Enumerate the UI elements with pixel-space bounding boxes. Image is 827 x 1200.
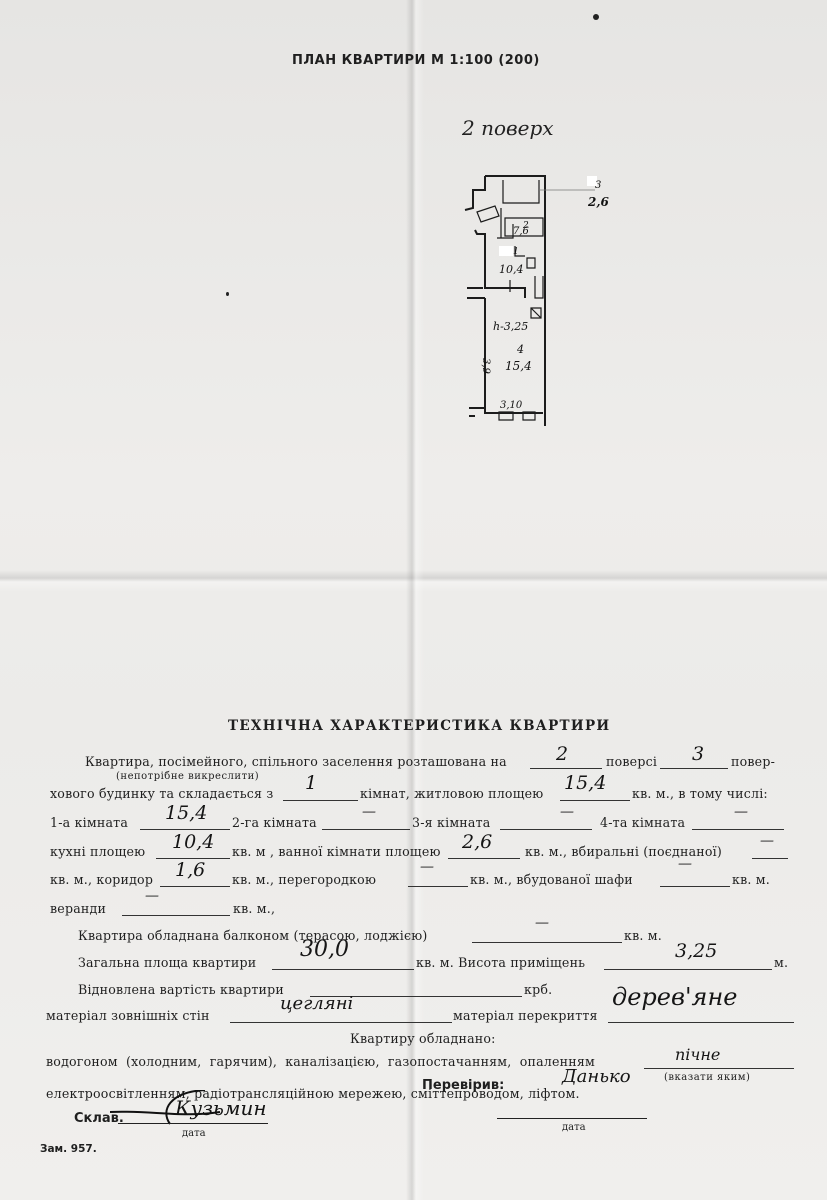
bathroom-area-value: 2,6	[462, 831, 492, 853]
floors-total-value: 3	[692, 743, 704, 765]
checked-signature: Данько	[562, 1066, 631, 1087]
svg-text:h-3,25: h-3,25	[493, 320, 528, 333]
living-area-value: 15,4	[564, 772, 606, 794]
room2-value: —	[362, 804, 376, 820]
room4-value: —	[734, 804, 748, 820]
svg-text:15,4: 15,4	[505, 359, 532, 373]
partition-value: —	[420, 859, 434, 875]
strike-note: (непотрібне викреслити)	[116, 771, 259, 782]
floor-value: 2	[556, 743, 568, 765]
floor-plan-drawing: 3 2,6 2 7,6 1 10,4 h-3,25 4 15,4 3,9 3,1…	[455, 168, 615, 433]
order-number: Зам. 957.	[40, 1143, 97, 1155]
veranda-value: —	[145, 888, 159, 904]
total-area-value: 30,0	[300, 937, 349, 962]
ceiling-height-value: 3,25	[675, 940, 717, 962]
rooms-count-value: 1	[305, 772, 317, 794]
floor-material-value: дерев'яне	[612, 983, 737, 1011]
svg-text:3,10: 3,10	[500, 400, 523, 411]
balcony-value: —	[535, 915, 549, 931]
tech-title: ТЕХНІЧНА ХАРАКТЕРИСТИКА КВАРТИРИ	[228, 718, 610, 734]
corridor-area-value: 1,6	[175, 859, 205, 881]
ink-spot	[226, 292, 229, 296]
date-label: дата	[562, 1122, 586, 1133]
plan-title: ПЛАН КВАРТИРИ М 1:100 (200)	[292, 53, 540, 68]
svg-text:1: 1	[513, 247, 519, 257]
svg-text:3: 3	[595, 180, 601, 191]
closet-value: —	[678, 856, 692, 872]
wall-material-value: цегляні	[280, 993, 353, 1014]
room3-value: —	[560, 804, 574, 820]
toilet-area-value: —	[760, 833, 774, 849]
svg-text:10,4: 10,4	[499, 263, 524, 276]
svg-text:4: 4	[516, 343, 524, 356]
date-label: дата	[182, 1128, 206, 1139]
floor-note: 2 поверх	[462, 116, 554, 140]
svg-text:2,6: 2,6	[587, 195, 610, 209]
heating-hint: (вказати яким)	[664, 1072, 750, 1083]
svg-text:7,6: 7,6	[513, 226, 530, 237]
kitchen-area-value: 10,4	[172, 831, 214, 853]
checked-label: Перевірив:	[422, 1078, 504, 1093]
room1-value: 15,4	[165, 802, 207, 824]
svg-text:3,9: 3,9	[480, 358, 491, 375]
heating-value: пічне	[675, 1045, 720, 1064]
ink-spot	[593, 14, 599, 20]
signature-stroke	[110, 1090, 250, 1130]
